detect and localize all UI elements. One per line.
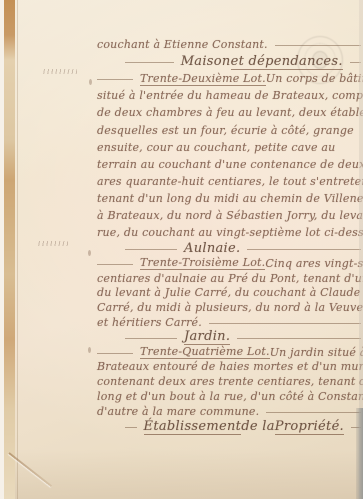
fill-rule-line (266, 412, 361, 413)
marginal-note-2 (38, 241, 68, 246)
text-line: Carré, du midi à plusieurs, du nord à la… (97, 300, 361, 315)
handwritten-text: desquelles est un four, écurie à côté, g… (97, 124, 354, 137)
ruled-dash (97, 79, 133, 80)
fill-rule-line (237, 338, 361, 339)
handwritten-text: de deux chambres à feu au levant, deux é… (97, 106, 363, 119)
handwritten-text: tenant d'un long du midi au chemin de Vi… (97, 192, 363, 205)
underlined-text: et dépendances. (231, 54, 343, 70)
text-line: Trente-Quatrième Lot. Un jardin situé à (97, 345, 361, 360)
handwritten-text: ensuite, cour au couchant, petite cave a… (97, 141, 335, 154)
underlined-text: Propriété. (275, 419, 344, 435)
underlined-text: Trente-Deuxième Lot. (140, 72, 266, 86)
ruled-dash (97, 264, 133, 265)
marginal-note-1 (43, 69, 77, 74)
ruled-dash (97, 353, 133, 354)
section-jardin: Jardin.Trente-Quatrième Lot. Un jardin s… (97, 330, 361, 419)
handwritten-text: à Brateaux, du nord à Sébastien Jorry, d… (97, 209, 363, 222)
text-line: situé à l'entrée du hameau de Brateaux, … (97, 87, 361, 104)
section-etablissement: Établissement de la Propriété. (97, 419, 361, 435)
text-line: rue, du couchant au vingt-septième lot c… (97, 224, 361, 241)
underlined-text: Trente-Troisième Lot. (140, 256, 265, 270)
handwritten-text: Aulnaie. (184, 241, 240, 256)
fill-rule-line (247, 249, 361, 250)
handwritten-text: de la (241, 419, 275, 434)
handwritten-text: Brateaux entouré de haies mortes et d'un… (97, 360, 363, 373)
handwritten-text: Cinq ares vingt-sept (265, 257, 363, 270)
manuscript-page: couchant à Etienne Constant.Maison et dé… (0, 0, 363, 499)
margin-mark (88, 347, 91, 353)
underlined-text: Établissement (144, 419, 242, 435)
fill-rule-line (275, 45, 361, 46)
handwritten-text: Un corps de bâtiment (266, 72, 363, 85)
handwritten-text: et héritiers Carré. (97, 316, 202, 329)
handwritten-text: couchant à Etienne Constant. (97, 38, 268, 51)
handwritten-text: terrain au couchant d'une contenance de … (97, 158, 363, 171)
fill-rule-line (209, 323, 361, 324)
heading-line: Maison et dépendances. (97, 53, 361, 70)
text-block: couchant à Etienne Constant.Maison et dé… (97, 36, 361, 435)
ruled-dash (125, 62, 174, 63)
handwritten-text: Maison (181, 54, 231, 69)
underlined-text: Trente-Quatrième Lot. (140, 345, 270, 359)
handwritten-text: long et d'un bout à la rue, d'un côté à … (97, 390, 363, 403)
text-line: Trente-Deuxième Lot. Un corps de bâtimen… (97, 70, 361, 87)
text-line: ares quarante-huit centiares, le tout s'… (97, 173, 361, 190)
handwritten-text: d'autre à la mare commune. (97, 405, 259, 418)
text-line: ensuite, cour au couchant, petite cave a… (97, 139, 361, 156)
section-intro: couchant à Etienne Constant. (97, 36, 361, 53)
text-line: tenant d'un long du midi au chemin de Vi… (97, 190, 361, 207)
heading-line: Jardin. (97, 330, 361, 345)
section-aulnaie: Aulnaie.Trente-Troisième Lot. Cinq ares … (97, 241, 361, 330)
margin-mark (89, 79, 92, 85)
text-line: couchant à Etienne Constant. (97, 36, 361, 53)
handwritten-text: contenant deux ares trente centiares, te… (97, 375, 363, 388)
underlined-text: Jardin. (184, 329, 230, 345)
handwritten-text: centiares d'aulnaie au Pré du Pont, tena… (97, 272, 363, 285)
ruled-dash (125, 249, 177, 250)
section-maison: Maison et dépendances.Trente-Deuxième Lo… (97, 53, 361, 241)
handwritten-text: Un jardin situé à (270, 346, 363, 359)
page-left-margin-edge (0, 0, 4, 499)
text-line: long et d'un bout à la rue, d'un côté à … (97, 389, 361, 404)
handwritten-text: situé à l'entrée du hameau de Brateaux, … (97, 89, 363, 102)
ruled-dash (125, 427, 137, 428)
gutter-line (17, 0, 18, 499)
text-line: desquelles est un four, écurie à côté, g… (97, 121, 361, 138)
handwritten-text: rue, du couchant au vingt-septième lot c… (97, 226, 363, 239)
text-line: Brateaux entouré de haies mortes et d'un… (97, 360, 361, 375)
text-line: à Brateaux, du nord à Sébastien Jorry, d… (97, 207, 361, 224)
ruled-dash (125, 338, 177, 339)
handwritten-text: du levant à Julie Carré, du couchant à C… (97, 286, 361, 299)
heading-line: Aulnaie. (97, 241, 361, 256)
text-line: du levant à Julie Carré, du couchant à C… (97, 286, 361, 301)
handwritten-text: ares quarante-huit centiares, le tout s'… (97, 175, 363, 188)
margin-mark (88, 250, 91, 256)
handwritten-text: Carré, du midi à plusieurs, du nord à la… (97, 301, 363, 314)
text-line: de deux chambres à feu au levant, deux é… (97, 104, 361, 121)
text-line: centiares d'aulnaie au Pré du Pont, tena… (97, 271, 361, 286)
heading-line: Établissement de la Propriété. (97, 419, 361, 435)
text-line: et héritiers Carré. (97, 315, 361, 330)
text-line: Trente-Troisième Lot. Cinq ares vingt-se… (97, 256, 361, 271)
text-line: d'autre à la mare commune. (97, 404, 361, 419)
scan-shadow (356, 408, 363, 499)
text-line: contenant deux ares trente centiares, te… (97, 374, 361, 389)
text-line: terrain au couchant d'une contenance de … (97, 156, 361, 173)
